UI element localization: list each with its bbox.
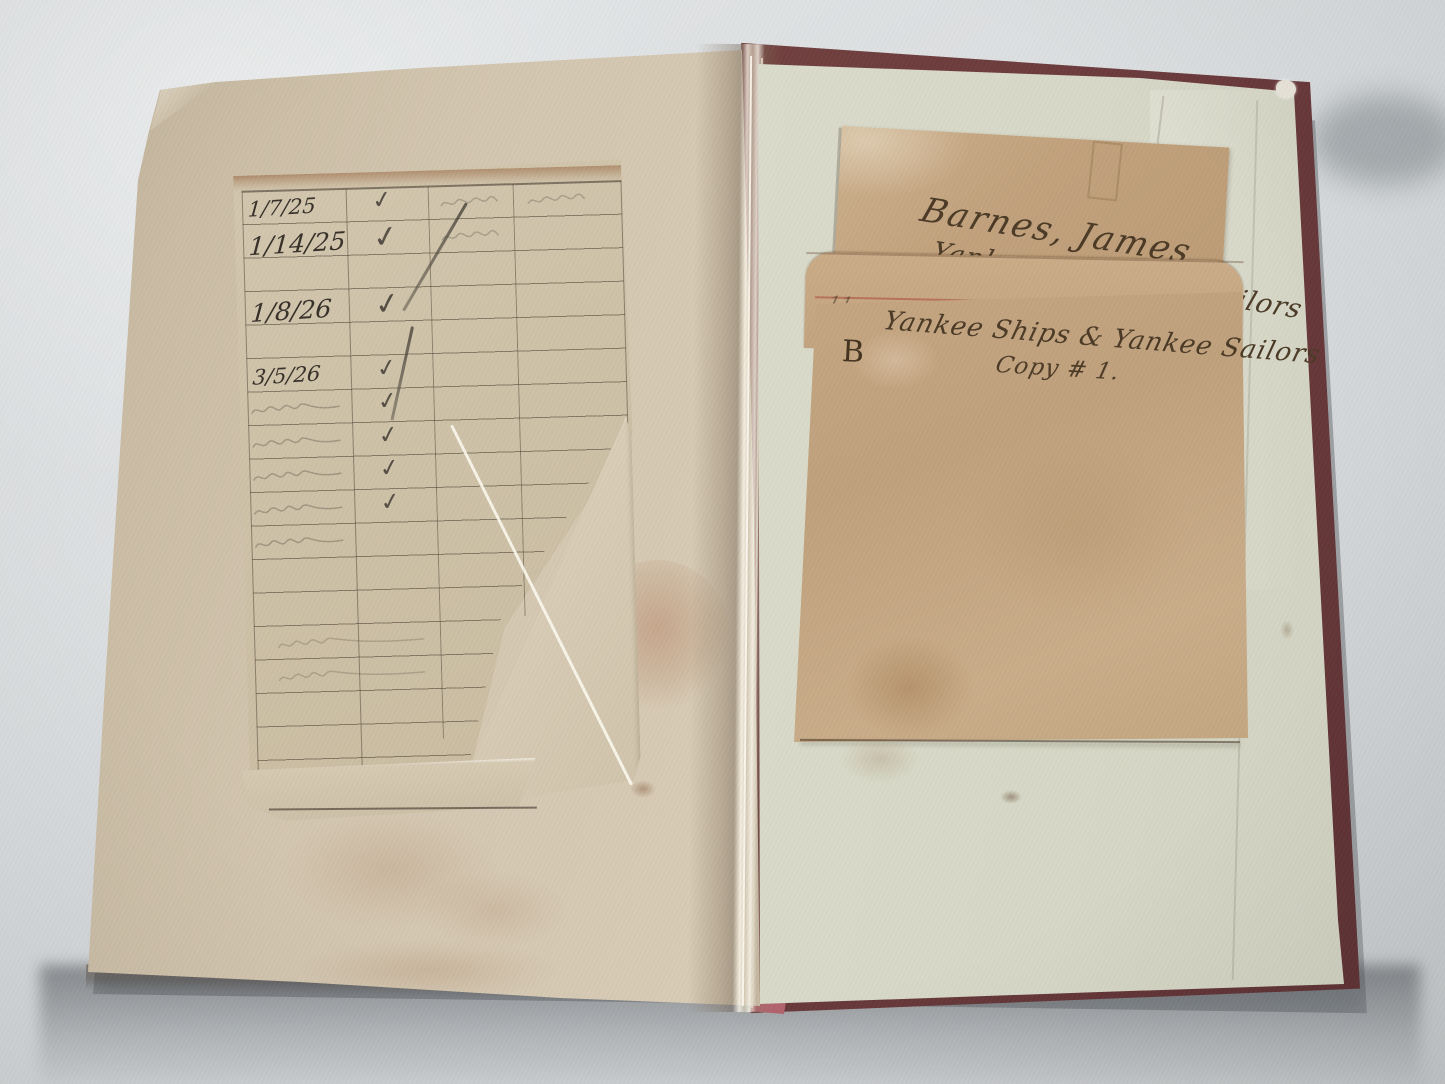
slip-checkmark: ✓ bbox=[372, 284, 403, 323]
date-due-slip: 1/7/25✓1/14/25✓1/8/26✓3/5/26✓✓✓✓✓ bbox=[233, 159, 643, 825]
slip-checkmark: ✓ bbox=[374, 352, 398, 383]
slip-checkmark: ✓ bbox=[378, 486, 402, 517]
cover-corner-wear-spot bbox=[1276, 80, 1296, 98]
page-stain bbox=[1000, 790, 1022, 804]
front-card-corner-letter: B bbox=[841, 334, 865, 370]
slip-checkmark: ✓ bbox=[370, 184, 394, 215]
page-stain bbox=[1280, 620, 1294, 640]
page-stain bbox=[840, 735, 920, 783]
slip-date-entry: 1/8/26 bbox=[250, 293, 333, 327]
slip-date-entry: 3/5/26 bbox=[252, 361, 322, 389]
faded-stamp-mark bbox=[1087, 141, 1123, 202]
page-stain bbox=[420, 870, 570, 950]
slip-checkmark: ✓ bbox=[370, 217, 401, 256]
card-stain bbox=[970, 440, 1190, 620]
card-stain bbox=[845, 635, 975, 740]
slip-pencil-slash bbox=[402, 202, 468, 311]
cover-corner-shadow bbox=[1310, 95, 1445, 185]
slip-date-entry: 1/14/25 bbox=[248, 226, 347, 261]
card-worn-corner bbox=[838, 126, 972, 203]
slip-checkmark: ✓ bbox=[376, 419, 400, 450]
photo-open-library-book: 1/7/25✓1/14/25✓1/8/26✓3/5/26✓✓✓✓✓ Barnes… bbox=[0, 0, 1445, 1084]
slip-checkmark: ✓ bbox=[377, 452, 401, 483]
slip-date-entry: 1/7/25 bbox=[247, 194, 317, 222]
